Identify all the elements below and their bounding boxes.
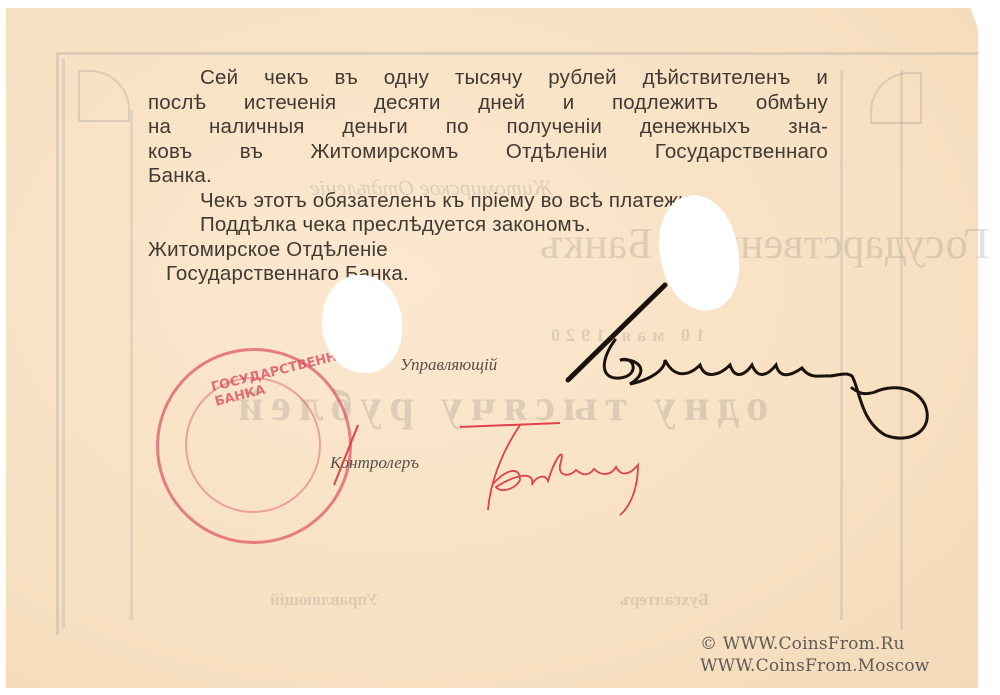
reverse-bookkeeper-label: Бухгалтеръ [620,590,709,610]
watermark-line1: © WWW.CoinsFrom.Ru [700,634,905,654]
reverse-frame-line [62,58,65,628]
manager-label: Управляющій [400,355,497,375]
reverse-frame-line [130,110,133,620]
controller-signature [320,415,660,515]
body-line: ковъ въ Житомирскомъ Отдѣленіи Государст… [148,140,828,165]
body-line: на наличныя деньги по полученіи денежных… [148,115,828,140]
body-line: послѣ истеченія десяти дней и подлежитъ … [148,91,828,116]
reverse-manager-label: Управляющій [270,590,378,610]
watermark-line2: WWW.CoinsFrom.Moscow [700,656,930,676]
punch-hole [322,275,402,373]
acceptance-clause: Чекъ этотъ обязателенъ къ пріему во всѣ … [148,189,828,214]
body-line: Сей чекъ въ одну тысячу рублей дѣйствите… [148,66,828,91]
body-line: Банка. [148,164,828,189]
